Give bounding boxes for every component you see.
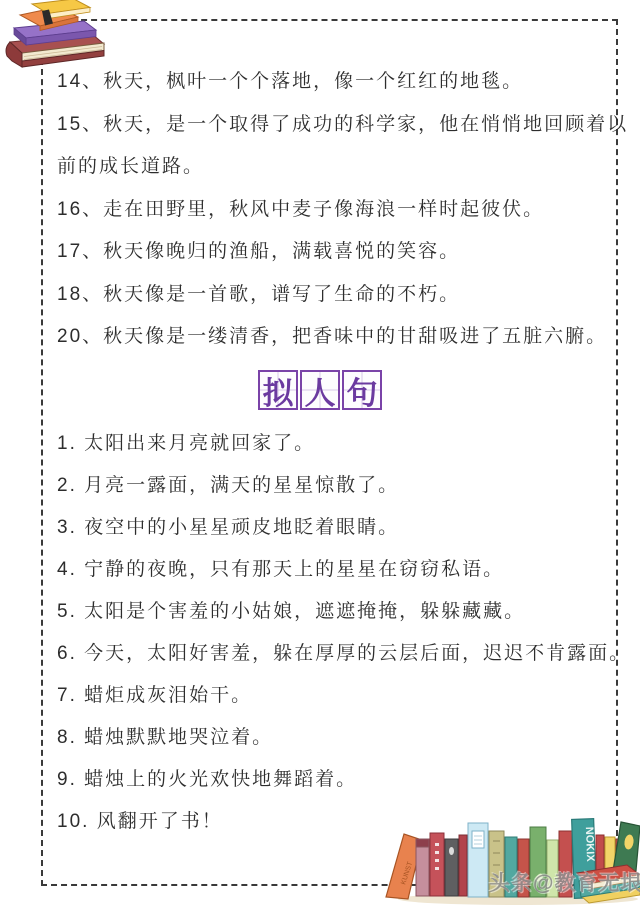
watermark: 头条@教育无垠 (489, 867, 640, 897)
sentence-line: 8. 蜡烛默默地哭泣着。 (57, 717, 620, 759)
sentence-line: 15、秋天，是一个取得了成功的科学家，他在悄悄地回顾着以 (57, 104, 620, 147)
heading-char-box: 人 (300, 370, 340, 410)
sentence-line: 20、秋天像是一缕清香，把香味中的甘甜吸进了五脏六腑。 (57, 316, 620, 359)
heading-char: 句 (347, 368, 378, 413)
sentence-line: 17、秋天像晚归的渔船，满载喜悦的笑容。 (57, 231, 620, 274)
book-spine-label: NOKIX (583, 827, 596, 863)
heading-char: 人 (305, 368, 336, 413)
stacked-books-illustration (0, 0, 110, 78)
sentence-line: 16、走在田野里，秋风中麦子像海浪一样时起彼伏。 (57, 189, 620, 232)
heading-char-box: 拟 (258, 370, 298, 410)
sentence-line: 14、秋天，枫叶一个个落地，像一个红红的地毯。 (57, 61, 620, 104)
sentence-line: 3. 夜空中的小星星顽皮地眨着眼睛。 (57, 507, 620, 549)
sentence-line-continuation: 前的成长道路。 (57, 146, 620, 189)
page: { "page": { "background": "#ffffff", "bo… (0, 0, 640, 906)
heading-char: 拟 (263, 368, 294, 413)
sentence-line: 1. 太阳出来月亮就回家了。 (57, 423, 620, 465)
sentence-line: 2. 月亮一露面，满天的星星惊散了。 (57, 465, 620, 507)
sentence-line: 4. 宁静的夜晚，只有那天上的星星在窃窃私语。 (57, 549, 620, 591)
heading-char-box: 句 (342, 370, 382, 410)
sentence-line: 18、秋天像是一首歌，谱写了生命的不朽。 (57, 274, 620, 317)
section-heading-personification: 拟 人 句 (258, 370, 382, 410)
personification-sentence-list: 1. 太阳出来月亮就回家了。 2. 月亮一露面，满天的星星惊散了。 3. 夜空中… (57, 423, 620, 843)
sentence-line: 5. 太阳是个害羞的小姑娘，遮遮掩掩，躲躲藏藏。 (57, 591, 620, 633)
metaphor-sentence-list: 14、秋天，枫叶一个个落地，像一个红红的地毯。 15、秋天，是一个取得了成功的科… (57, 61, 620, 359)
sentence-line: 7. 蜡炬成灰泪始干。 (57, 675, 620, 717)
sentence-line: 6. 今天，太阳好害羞，躲在厚厚的云层后面，迟迟不肯露面。 (57, 633, 620, 675)
